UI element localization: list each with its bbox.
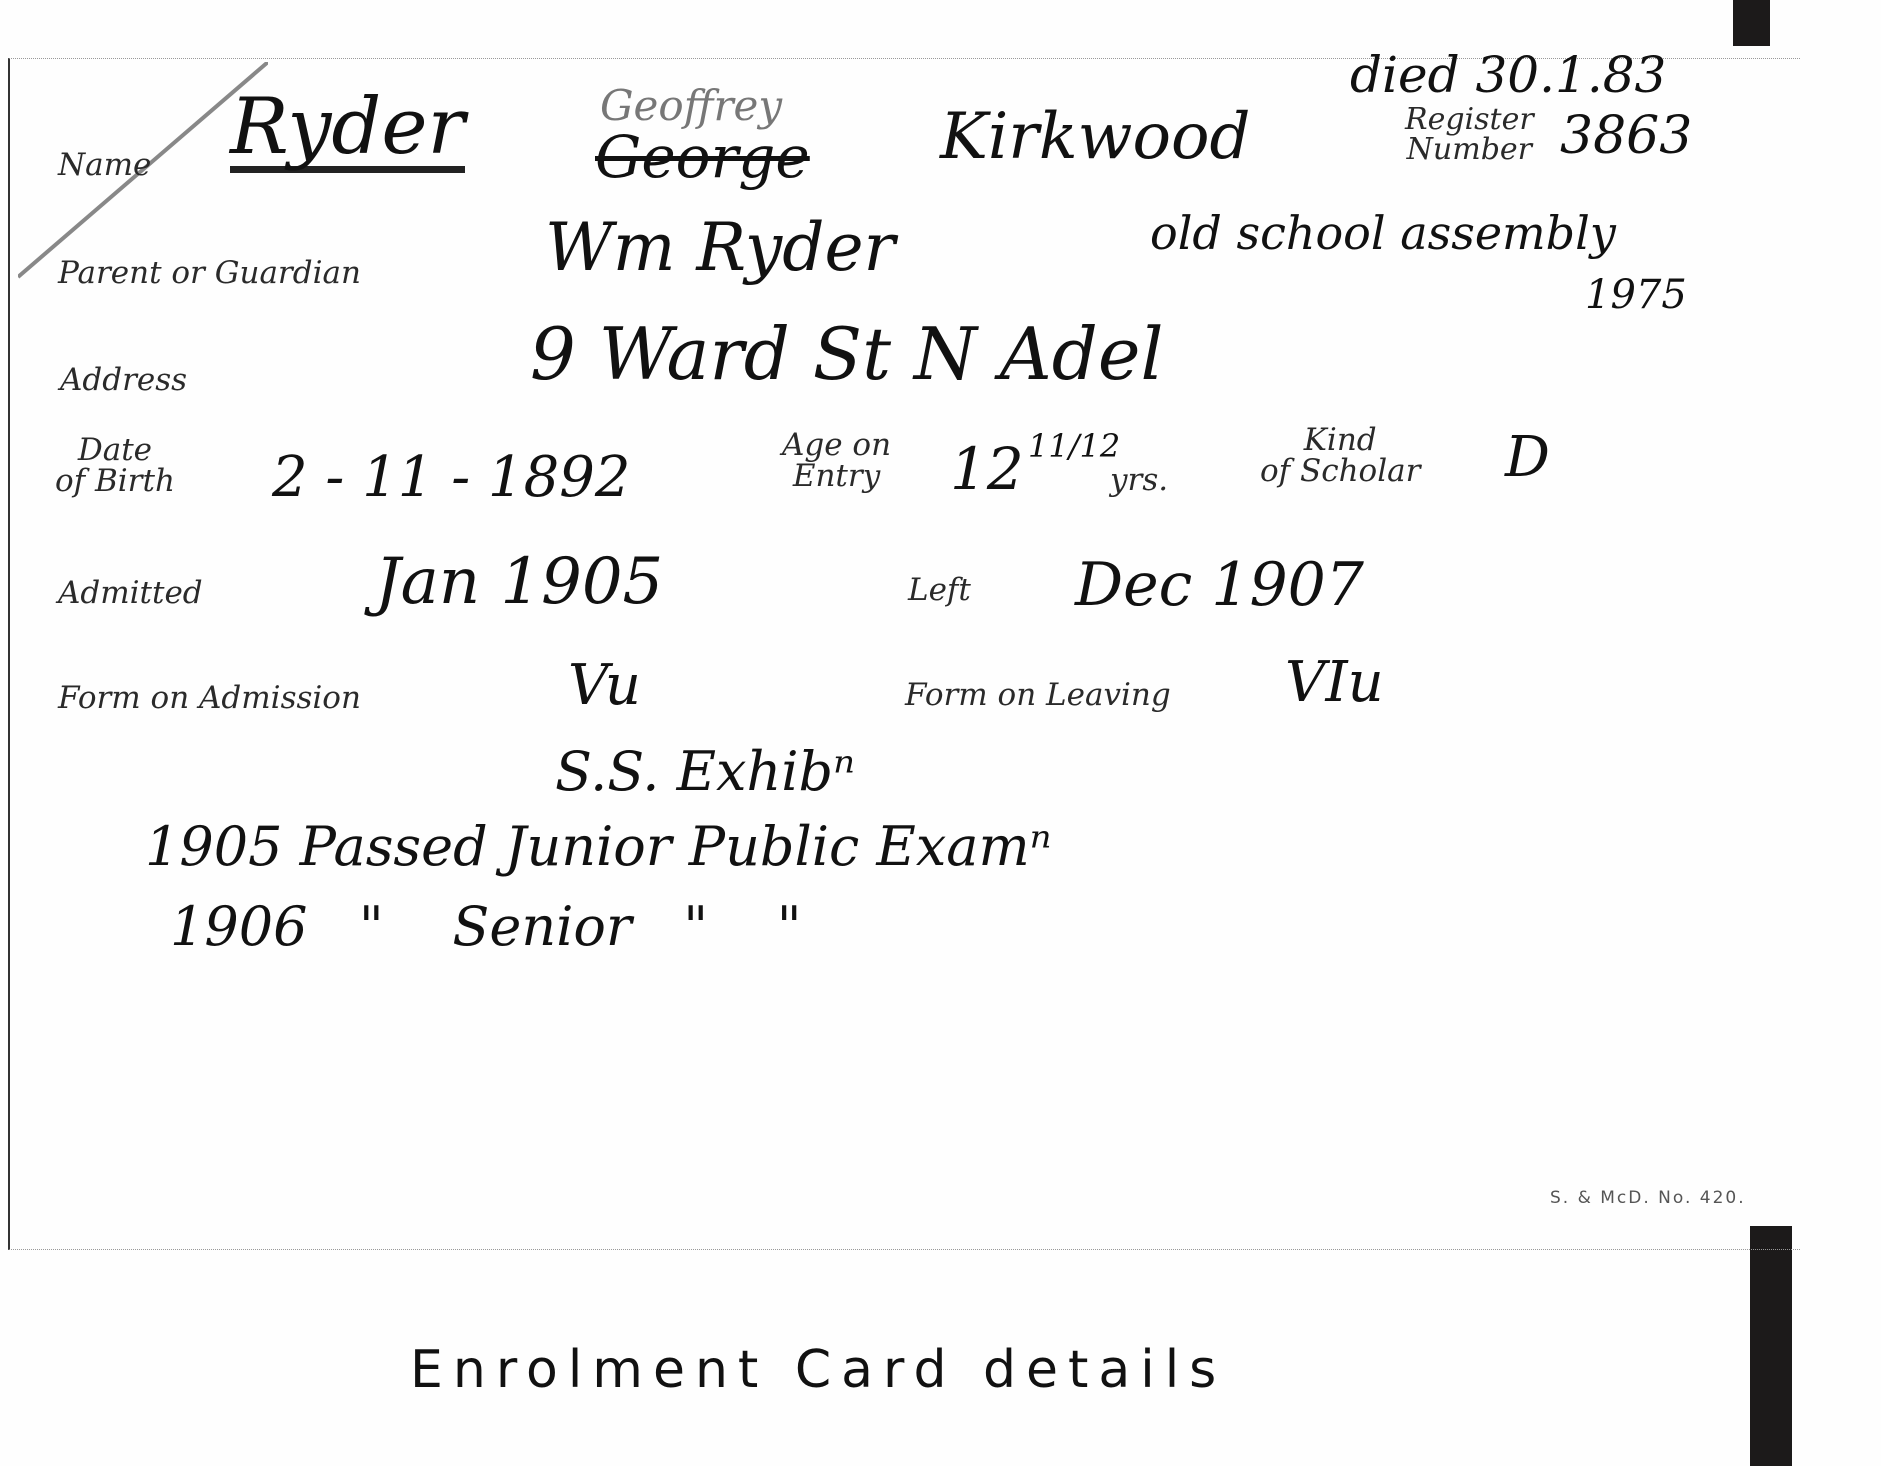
label-age-line1: Age on <box>782 430 891 461</box>
exhibition-note: S.S. Exhibⁿ <box>555 745 855 799</box>
register-number: 3863 <box>1560 110 1692 162</box>
died-note: died 30.1.83 <box>1350 50 1666 100</box>
label-kind-line2: of Scholar <box>1260 456 1420 487</box>
surname: Ryder <box>230 88 465 173</box>
label-admitted: Admitted <box>58 578 203 609</box>
parent-note: old school assembly <box>1150 210 1616 256</box>
label-name: Name <box>58 150 151 181</box>
scanned-page: Name Ryder Geoffrey George Kirkwood died… <box>0 0 1881 1466</box>
printer-mark: S. & McD. No. 420. <box>1550 1188 1746 1208</box>
note-1906: 1906 " Senior " " <box>170 900 802 954</box>
label-register: Register <box>1405 105 1534 135</box>
admitted-value: Jan 1905 <box>375 550 663 614</box>
label-form-leaving: Form on Leaving <box>905 680 1171 711</box>
kind-of-scholar-value: D <box>1505 430 1550 486</box>
label-dob-line2: of Birth <box>55 466 175 497</box>
note-1905: 1905 Passed Junior Public Examⁿ <box>145 820 1052 874</box>
label-parent: Parent or Guardian <box>58 258 361 289</box>
age-fraction: 11/12 <box>1028 430 1120 462</box>
left-value: Dec 1907 <box>1075 555 1364 615</box>
label-dob-line1: Date <box>55 435 175 466</box>
label-age-line2: Entry <box>782 461 891 492</box>
middle-name: Kirkwood <box>940 105 1250 169</box>
label-kind-of-scholar: Kind of Scholar <box>1260 425 1420 487</box>
label-form-admission: Form on Admission <box>58 683 361 714</box>
label-number: Number <box>1405 135 1534 165</box>
dob-value: 2 - 11 - 1892 <box>272 450 630 506</box>
label-address: Address <box>60 365 187 396</box>
label-dob: Date of Birth <box>55 435 175 497</box>
parent-note-year: 1975 <box>1585 275 1687 315</box>
scan-edge-marker <box>1750 1226 1792 1466</box>
first-name-struck: George <box>595 128 810 186</box>
label-age-on-entry: Age on Entry <box>782 430 891 492</box>
label-left: Left <box>908 575 971 606</box>
address-value: 9 Ward St N Adel <box>530 318 1164 390</box>
caption: Enrolment Card details <box>410 1340 1226 1400</box>
label-yrs: yrs. <box>1110 465 1168 496</box>
label-kind-line1: Kind <box>1260 425 1420 456</box>
form-leaving-value: VIu <box>1285 655 1384 711</box>
label-register-number: Register Number <box>1405 105 1534 165</box>
first-name-correction: Geoffrey <box>600 85 782 127</box>
parent-name: Wm Ryder <box>545 215 895 281</box>
form-admission-value: Vu <box>568 658 641 714</box>
scan-edge-marker <box>1733 0 1770 46</box>
age-whole: 12 <box>950 440 1024 498</box>
